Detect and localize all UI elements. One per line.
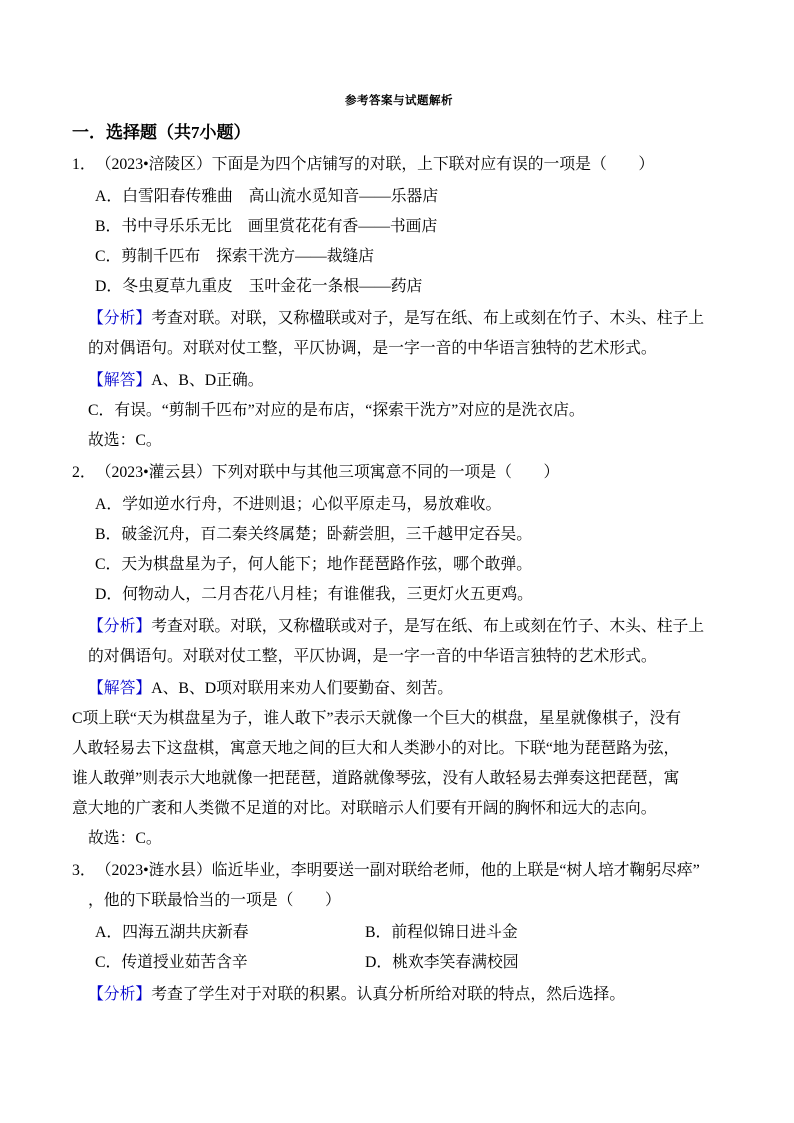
analysis-paragraph: 【分析】考查对联。对联，又称楹联或对子，是写在纸、布上或刻在竹子、木头、柱子上 <box>88 304 726 334</box>
options-list: A．学如逆水行舟，不进则退；心似平原走马，易放难收。 B．破釜沉舟，百二秦关终属… <box>95 490 726 610</box>
analysis-text: 考查对联。对联，又称楹联或对子，是写在纸、布上或刻在竹子、木头、柱子上 <box>151 618 704 635</box>
analysis-paragraph: 【分析】考查了学生对于对联的积累。认真分析所给对联的特点，然后选择。 <box>88 980 726 1010</box>
question-number: 1． <box>72 150 96 180</box>
analysis-block: 【分析】考查对联。对联，又称楹联或对子，是写在纸、布上或刻在竹子、木头、柱子上 … <box>72 612 726 672</box>
analysis-block: 【分析】考查了学生对于对联的积累。认真分析所给对联的特点，然后选择。 <box>72 980 726 1010</box>
analysis-text: 考查了学生对于对联的积累。认真分析所给对联的特点，然后选择。 <box>151 986 625 1003</box>
analysis-marker: 【分析】 <box>88 986 151 1003</box>
answer-paragraph: 【解答】A、B、D正确。 <box>88 366 726 396</box>
question-1: 1．（2023•涪陵区）下面是为四个店铺写的对联，上下联对应有误的一项是（ ） … <box>72 150 726 456</box>
answer-paragraph: 意大地的广袤和人类微不足道的对比。对联暗示人们要有开阔的胸怀和远大的志向。 <box>72 794 726 824</box>
options-grid: A．四海五湖共庆新春 B．前程似锦日进斗金 C．传道授业茹苦含辛 D．桃欢李笑春… <box>95 918 726 978</box>
answer-paragraph: 人敢轻易去下这盘棋，寓意天地之间的巨大和人类渺小的对比。下联“地为琵琶路为弦， <box>72 734 726 764</box>
answer-paragraph: 谁人敢弹”则表示大地就像一把琵琶，道路就像琴弦，没有人敢轻易去弹奏这把琵琶，寓 <box>72 764 726 794</box>
answer-conclusion: 故选：C。 <box>88 824 726 854</box>
option-b: B．前程似锦日进斗金 <box>365 918 518 948</box>
question-stem: 1．（2023•涪陵区）下面是为四个店铺写的对联，上下联对应有误的一项是（ ） <box>72 150 726 180</box>
answer-paragraph: C项上联“天为棋盘星为子，谁人敢下”表示天就像一个巨大的棋盘，星星就像棋子，没有 <box>72 704 726 734</box>
answer-marker: 【解答】 <box>88 372 151 389</box>
analysis-paragraph: 【分析】考查对联。对联，又称楹联或对子，是写在纸、布上或刻在竹子、木头、柱子上 <box>88 612 726 642</box>
answer-conclusion: 故选：C。 <box>88 426 726 456</box>
section-heading: 一．选择题（共7小题） <box>72 118 726 148</box>
analysis-paragraph: 的对偶语句。对联对仗工整，平仄协调，是一字一音的中华语言独特的艺术形式。 <box>88 334 726 364</box>
question-stem: 2．（2023•灌云县）下列对联中与其他三项寓意不同的一项是（ ） <box>72 458 726 488</box>
options-list: A．白雪阳春传雅曲 高山流水觅知音——乐器店 B．书中寻乐乐无比 画里赏花花有香… <box>95 182 726 302</box>
question-stem-text: （2023•涟水县）临近毕业，李明要送一副对联给老师，他的上联是“树人培才鞠躬尽… <box>96 862 700 879</box>
question-3: 3．（2023•涟水县）临近毕业，李明要送一副对联给老师，他的上联是“树人培才鞠… <box>72 856 726 1010</box>
doc-title: 参考答案与试题解析 <box>72 92 726 110</box>
option-b: B．书中寻乐乐无比 画里赏花花有香——书画店 <box>95 212 726 242</box>
question-number: 2． <box>72 458 96 488</box>
option-a: A．学如逆水行舟，不进则退；心似平原走马，易放难收。 <box>95 490 726 520</box>
question-stem-text: （2023•涪陵区）下面是为四个店铺写的对联，上下联对应有误的一项是（ ） <box>96 156 654 173</box>
option-d: D．冬虫夏草九重皮 玉叶金花一条根——药店 <box>95 272 726 302</box>
option-c: C．传道授业茹苦含辛 <box>95 948 365 978</box>
document-page: 参考答案与试题解析 一．选择题（共7小题） 1．（2023•涪陵区）下面是为四个… <box>0 0 794 1123</box>
question-stem-text: （2023•灌云县）下列对联中与其他三项寓意不同的一项是（ ） <box>96 464 560 481</box>
analysis-text: 考查对联。对联，又称楹联或对子，是写在纸、布上或刻在竹子、木头、柱子上 <box>151 310 704 327</box>
answer-text: A、B、D正确。 <box>151 372 263 389</box>
option-a: A．白雪阳春传雅曲 高山流水觅知音——乐器店 <box>95 182 726 212</box>
question-2: 2．（2023•灌云县）下列对联中与其他三项寓意不同的一项是（ ） A．学如逆水… <box>72 458 726 854</box>
option-c: C．天为棋盘星为子，何人能下；地作琵琶路作弦，哪个敢弹。 <box>95 550 726 580</box>
answer-marker: 【解答】 <box>88 680 151 697</box>
answer-paragraph: C．有误。“剪制千匹布”对应的是布店，“探索干洗方”对应的是洗衣店。 <box>88 396 726 426</box>
question-number: 3． <box>72 856 96 886</box>
analysis-marker: 【分析】 <box>88 310 151 327</box>
answer-paragraph: 【解答】A、B、D项对联用来劝人们要勤奋、刻苦。 <box>88 674 726 704</box>
option-d: D．何物动人，二月杏花八月桂；有谁催我，三更灯火五更鸡。 <box>95 580 726 610</box>
answer-block: 【解答】A、B、D项对联用来劝人们要勤奋、刻苦。 C项上联“天为棋盘星为子，谁人… <box>72 674 726 854</box>
options-row: A．四海五湖共庆新春 B．前程似锦日进斗金 <box>95 918 726 948</box>
option-b: B．破釜沉舟，百二秦关终属楚；卧薪尝胆，三千越甲定吞吴。 <box>95 520 726 550</box>
analysis-block: 【分析】考查对联。对联，又称楹联或对子，是写在纸、布上或刻在竹子、木头、柱子上 … <box>72 304 726 364</box>
option-a: A．四海五湖共庆新春 <box>95 918 365 948</box>
question-stem-continuation: ，他的下联最恰当的一项是（ ） <box>88 886 726 916</box>
answer-text: A、B、D项对联用来劝人们要勤奋、刻苦。 <box>151 680 453 697</box>
question-stem: 3．（2023•涟水县）临近毕业，李明要送一副对联给老师，他的上联是“树人培才鞠… <box>72 856 726 886</box>
analysis-paragraph: 的对偶语句。对联对仗工整，平仄协调，是一字一音的中华语言独特的艺术形式。 <box>88 642 726 672</box>
option-c: C．剪制千匹布 探索干洗方——裁缝店 <box>95 242 726 272</box>
answer-block: 【解答】A、B、D正确。 C．有误。“剪制千匹布”对应的是布店，“探索干洗方”对… <box>72 366 726 456</box>
option-d: D．桃欢李笑春满校园 <box>365 948 519 978</box>
analysis-marker: 【分析】 <box>88 618 151 635</box>
options-row: C．传道授业茹苦含辛 D．桃欢李笑春满校园 <box>95 948 726 978</box>
